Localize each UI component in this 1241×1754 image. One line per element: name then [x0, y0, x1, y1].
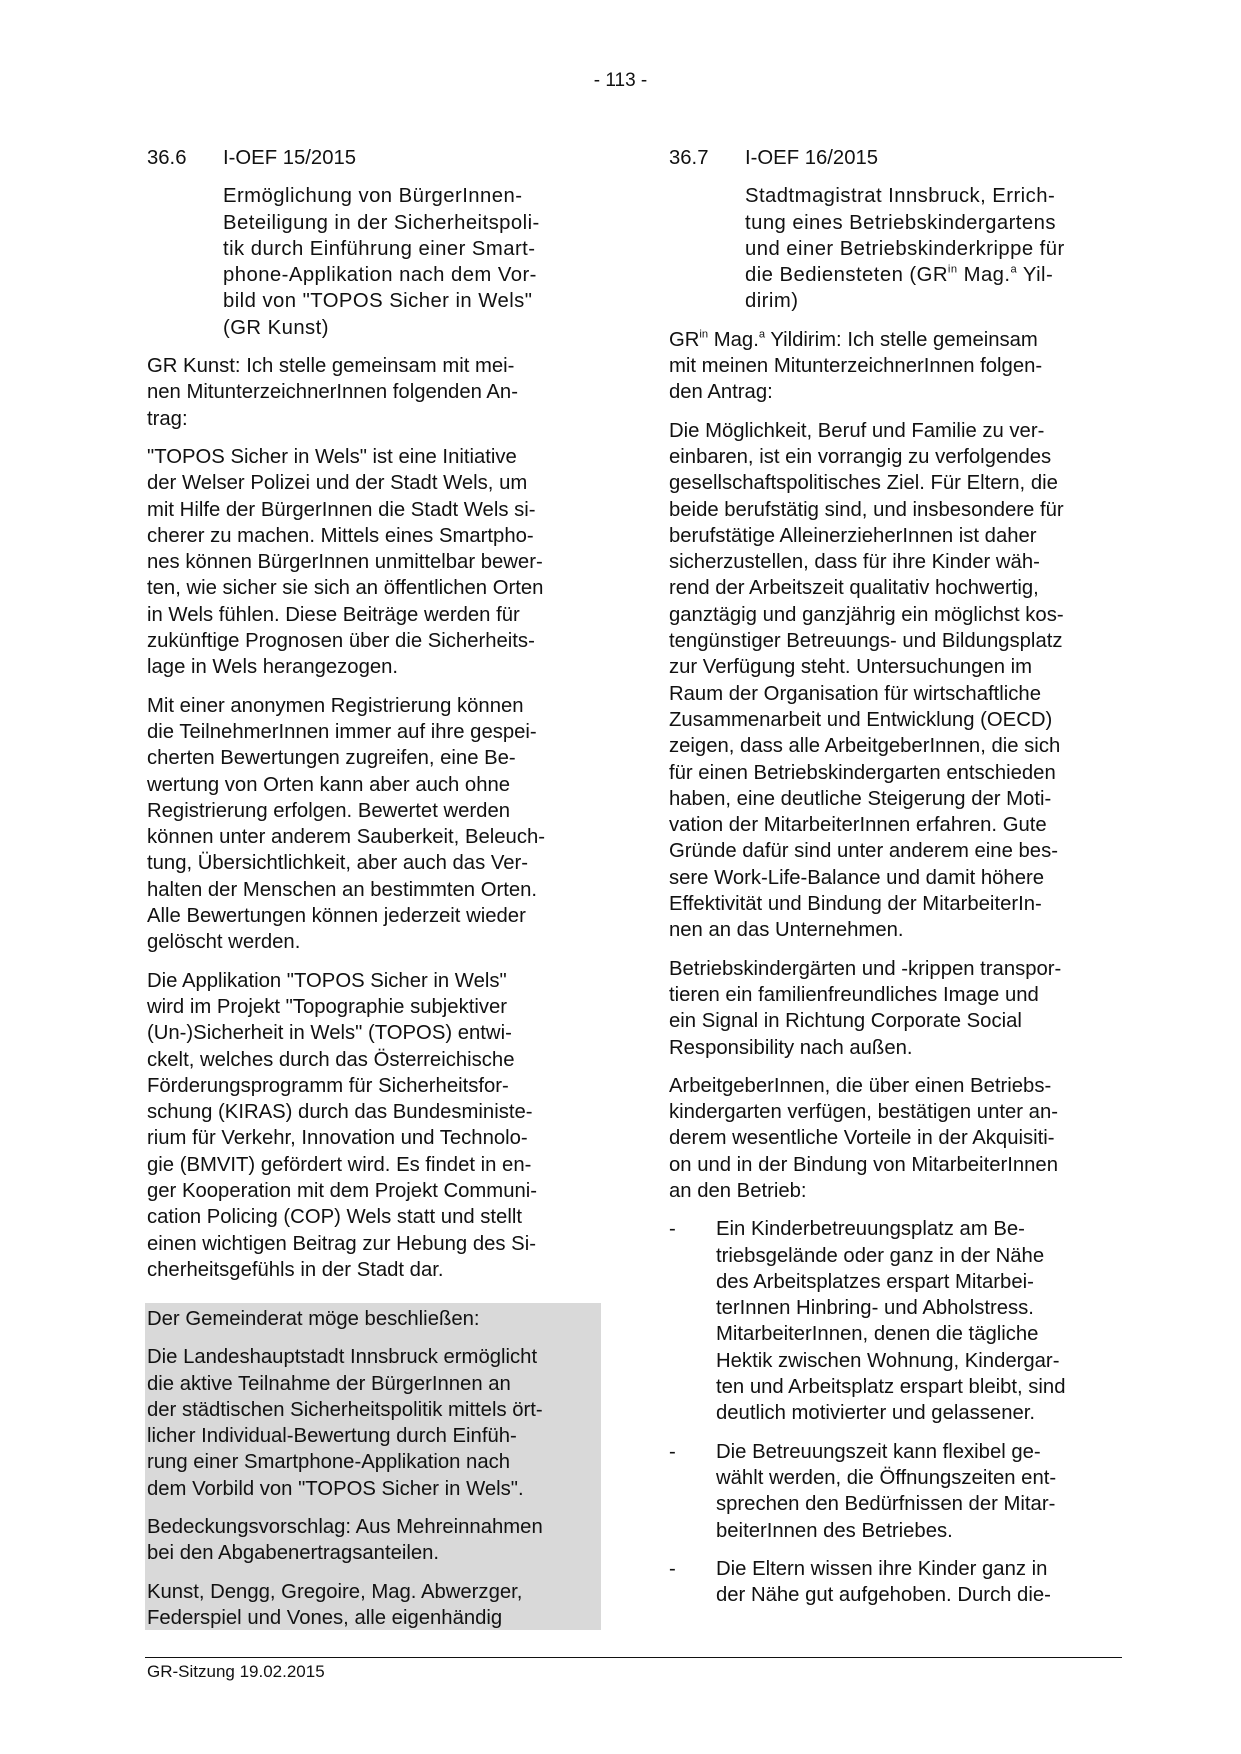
text-line: berufstätige AlleinerzieherInnen ist dah…	[669, 523, 1139, 549]
text-line: die aktive Teilnahme der BürgerInnen an	[147, 1371, 599, 1397]
text-line: Betriebskindergärten und -krippen transp…	[669, 956, 1139, 982]
text-line: cation Policing (COP) Wels statt und ste…	[147, 1204, 617, 1230]
text-line: ten und Arbeitsplatz erspart bleibt, sin…	[716, 1374, 1066, 1400]
text-line: ein Signal in Richtung Corporate Social	[669, 1008, 1139, 1034]
left-column: 36.6 I-OEF 15/2015 Ermöglichung von Bürg…	[147, 145, 617, 1283]
text-line: halten der Menschen an bestimmten Orten.	[147, 877, 617, 903]
paragraph: Betriebskindergärten und -krippen transp…	[669, 956, 1139, 1061]
bullet-dash: -	[669, 1439, 716, 1544]
text-line: lage in Wels herangezogen.	[147, 654, 617, 680]
text-fragment: Yildirim: Ich stelle gemeinsam	[765, 329, 1038, 351]
text-line: licher Individual-Bewertung durch Einfüh…	[147, 1423, 599, 1449]
text-line: cherer zu machen. Mittels eines Smartpho…	[147, 523, 617, 549]
motion-box: Der Gemeinderat möge beschließen: Die La…	[145, 1303, 601, 1630]
text-line: derem wesentliche Vorteile in der Akquis…	[669, 1125, 1139, 1151]
text-line: Bedeckungsvorschlag: Aus Mehreinnahmen	[147, 1514, 599, 1540]
text-line: ger Kooperation mit dem Projekt Communi-	[147, 1178, 617, 1204]
text-fragment: die Bediensteten (GR	[745, 264, 948, 286]
signatories: Kunst, Dengg, Gregoire, Mag. Abwerzger, …	[147, 1579, 599, 1632]
paragraph: Mit einer anonymen Registrierung können …	[147, 693, 617, 956]
text-line: kindergarten verfügen, bestätigen unter …	[669, 1099, 1139, 1125]
section-reference: I-OEF 16/2015	[745, 145, 878, 171]
title-line: Ermöglichung von BürgerInnen-	[223, 183, 617, 209]
title-line: tik durch Einführung einer Smart-	[223, 236, 617, 262]
text-line: Ein Kinderbetreuungsplatz am Be-	[716, 1216, 1066, 1242]
section-title: Ermöglichung von BürgerInnen- Beteiligun…	[223, 183, 617, 341]
text-line: sere Work-Life-Balance und damit höhere	[669, 865, 1139, 891]
text-line: nen an das Unternehmen.	[669, 917, 1139, 943]
footer-divider	[145, 1657, 1122, 1658]
text-line: des Arbeitsplatzes erspart Mitarbei-	[716, 1269, 1066, 1295]
text-line: Die Möglichkeit, Beruf und Familie zu ve…	[669, 418, 1139, 444]
text-line: zur Verfügung steht. Untersuchungen im	[669, 654, 1139, 680]
paragraph: GRin Mag.a Yildirim: Ich stelle gemeinsa…	[669, 327, 1139, 406]
section-title: Stadtmagistrat Innsbruck, Errich- tung e…	[745, 183, 1139, 314]
text-line: Zusammenarbeit und Entwicklung (OECD)	[669, 707, 1139, 733]
text-line: ganztägig und ganzjährig ein möglichst k…	[669, 602, 1139, 628]
page-number: - 113 -	[0, 70, 1241, 92]
text-line: cherheitsgefühls in der Stadt dar.	[147, 1257, 617, 1283]
bullet-dash: -	[669, 1216, 716, 1426]
text-line: die TeilnehmerInnen immer auf ihre gespe…	[147, 719, 617, 745]
text-line: gelöscht werden.	[147, 929, 617, 955]
text-line: Die Eltern wissen ihre Kinder ganz in	[716, 1556, 1051, 1582]
text-line: vation der MitarbeiterInnen erfahren. Gu…	[669, 812, 1139, 838]
paragraph: Die Möglichkeit, Beruf und Familie zu ve…	[669, 418, 1139, 944]
text-line: terInnen Hinbring- und Abholstress.	[716, 1295, 1066, 1321]
text-line: trag:	[147, 406, 617, 432]
text-line: ArbeitgeberInnen, die über einen Betrieb…	[669, 1073, 1139, 1099]
text-line: gie (BMVIT) gefördert wird. Es findet in…	[147, 1152, 617, 1178]
paragraph: GR Kunst: Ich stelle gemeinsam mit mei- …	[147, 353, 617, 432]
text-fragment: Yil-	[1017, 264, 1053, 286]
title-line: Stadtmagistrat Innsbruck, Errich-	[745, 183, 1139, 209]
text-line: tung, Übersichtlichkeit, aber auch das V…	[147, 850, 617, 876]
section-number: 36.7	[669, 145, 745, 171]
text-line: Raum der Organisation für wirtschaftlich…	[669, 681, 1139, 707]
text-line: der Nähe gut aufgehoben. Durch die-	[716, 1582, 1051, 1608]
text-line: Federspiel und Vones, alle eigenhändig	[147, 1605, 599, 1631]
text-line: on und in der Bindung von MitarbeiterInn…	[669, 1152, 1139, 1178]
list-item: - Die Eltern wissen ihre Kinder ganz in …	[669, 1556, 1139, 1609]
list-item: - Die Betreuungszeit kann flexibel ge- w…	[669, 1439, 1139, 1544]
paragraph: ArbeitgeberInnen, die über einen Betrieb…	[669, 1073, 1139, 1204]
text-line: bei den Abgabenertragsanteilen.	[147, 1540, 599, 1566]
text-line: für einen Betriebskindergarten entschied…	[669, 760, 1139, 786]
text-line: Die Betreuungszeit kann flexibel ge-	[716, 1439, 1056, 1465]
text-line: Alle Bewertungen können jederzeit wieder	[147, 903, 617, 929]
text-line: tengünstiger Betreuungs- und Bildungspla…	[669, 628, 1139, 654]
text-fragment: Mag.	[708, 329, 759, 351]
motion-heading: Der Gemeinderat möge beschließen:	[147, 1306, 599, 1332]
footer-text: GR-Sitzung 19.02.2015	[147, 1662, 325, 1682]
text-line: nes können BürgerInnen unmittelbar bewer…	[147, 549, 617, 575]
text-line: haben, eine deutliche Steigerung der Mot…	[669, 786, 1139, 812]
text-line: "TOPOS Sicher in Wels" ist eine Initiati…	[147, 444, 617, 470]
text-line: einen wichtigen Beitrag zur Hebung des S…	[147, 1231, 617, 1257]
text-line: beiterInnen des Betriebes.	[716, 1518, 1056, 1544]
text-line: wertung von Orten kann aber auch ohne	[147, 772, 617, 798]
title-line: die Bediensteten (GRin Mag.a Yil-	[745, 262, 1139, 288]
text-line: tieren ein familienfreundliches Image un…	[669, 982, 1139, 1008]
text-line: der städtischen Sicherheitspolitik mitte…	[147, 1397, 599, 1423]
text-line: beide berufstätig sind, und insbesondere…	[669, 497, 1139, 523]
text-line: können unter anderem Sauberkeit, Beleuch…	[147, 824, 617, 850]
title-line: Beteiligung in der Sicherheitspoli-	[223, 210, 617, 236]
text-line: (Un-)Sicherheit in Wels" (TOPOS) entwi-	[147, 1020, 617, 1046]
superscript: in	[699, 328, 708, 340]
text-line: ckelt, welches durch das Österreichische	[147, 1047, 617, 1073]
text-line: Hektik zwischen Wohnung, Kindergar-	[716, 1348, 1066, 1374]
text-line: den Antrag:	[669, 379, 1139, 405]
paragraph: Die Applikation "TOPOS Sicher in Wels" w…	[147, 968, 617, 1284]
right-column: 36.7 I-OEF 16/2015 Stadtmagistrat Innsbr…	[669, 145, 1139, 1608]
text-line: Responsibility nach außen.	[669, 1035, 1139, 1061]
text-fragment: Mag.	[958, 264, 1011, 286]
paragraph: "TOPOS Sicher in Wels" ist eine Initiati…	[147, 444, 617, 681]
text-line: deutlich motivierter und gelassener.	[716, 1400, 1066, 1426]
text-line: der Welser Polizei und der Stadt Wels, u…	[147, 470, 617, 496]
title-line: (GR Kunst)	[223, 315, 617, 341]
text-line: gesellschaftspolitisches Ziel. Für Elter…	[669, 470, 1139, 496]
text-line: mit meinen MitunterzeichnerInnen folgen-	[669, 353, 1139, 379]
text-line: Effektivität und Bindung der Mitarbeiter…	[669, 891, 1139, 917]
text-line: rium für Verkehr, Innovation und Technol…	[147, 1125, 617, 1151]
title-line: phone-Applikation nach dem Vor-	[223, 262, 617, 288]
text-line: Die Applikation "TOPOS Sicher in Wels"	[147, 968, 617, 994]
title-line: bild von "TOPOS Sicher in Wels"	[223, 288, 617, 314]
text-line: wird im Projekt "Topographie subjektiver	[147, 994, 617, 1020]
text-line: zeigen, dass alle ArbeitgeberInnen, die …	[669, 733, 1139, 759]
text-line: Förderungsprogramm für Sicherheitsfor-	[147, 1073, 617, 1099]
text-line: rung einer Smartphone-Applikation nach	[147, 1449, 599, 1475]
text-line: triebsgelände oder ganz in der Nähe	[716, 1243, 1066, 1269]
text-line: an den Betrieb:	[669, 1178, 1139, 1204]
text-line: Registrierung erfolgen. Bewertet werden	[147, 798, 617, 824]
section-reference: I-OEF 15/2015	[223, 145, 356, 171]
bullet-dash: -	[669, 1556, 716, 1609]
text-line: rend der Arbeitszeit qualitativ hochwert…	[669, 575, 1139, 601]
text-line: sicherzustellen, dass für ihre Kinder wä…	[669, 549, 1139, 575]
text-line: Kunst, Dengg, Gregoire, Mag. Abwerzger,	[147, 1579, 599, 1605]
text-line: in Wels fühlen. Diese Beiträge werden fü…	[147, 602, 617, 628]
superscript: in	[948, 264, 958, 276]
text-line: nen MitunterzeichnerInnen folgenden An-	[147, 379, 617, 405]
text-line: GR Kunst: Ich stelle gemeinsam mit mei-	[147, 353, 617, 379]
text-line: Gründe dafür sind unter anderem eine bes…	[669, 838, 1139, 864]
text-line: cherten Bewertungen zugreifen, eine Be-	[147, 745, 617, 771]
text-line: MitarbeiterInnen, denen die tägliche	[716, 1321, 1066, 1347]
list-item: - Ein Kinderbetreuungsplatz am Be- trieb…	[669, 1216, 1139, 1426]
text-line: GRin Mag.a Yildirim: Ich stelle gemeinsa…	[669, 327, 1139, 353]
text-fragment: GR	[669, 329, 699, 351]
text-line: wählt werden, die Öffnungszeiten ent-	[716, 1465, 1056, 1491]
text-line: mit Hilfe der BürgerInnen die Stadt Wels…	[147, 497, 617, 523]
title-line: und einer Betriebskinderkrippe für	[745, 236, 1139, 262]
text-line: dem Vorbild von "TOPOS Sicher in Wels".	[147, 1476, 599, 1502]
text-line: Der Gemeinderat möge beschließen:	[147, 1306, 599, 1332]
text-line: Mit einer anonymen Registrierung können	[147, 693, 617, 719]
title-line: tung eines Betriebskindergartens	[745, 210, 1139, 236]
motion-text: Die Landeshauptstadt Innsbruck ermöglich…	[147, 1344, 599, 1502]
text-line: zukünftige Prognosen über die Sicherheit…	[147, 628, 617, 654]
section-number: 36.6	[147, 145, 223, 171]
text-line: schung (KIRAS) durch das Bundesministe-	[147, 1099, 617, 1125]
funding-proposal: Bedeckungsvorschlag: Aus Mehreinnahmen b…	[147, 1514, 599, 1567]
text-line: einbaren, ist ein vorrangig zu verfolgen…	[669, 444, 1139, 470]
text-line: sprechen den Bedürfnissen der Mitar-	[716, 1491, 1056, 1517]
section-heading: 36.6 I-OEF 15/2015	[147, 145, 617, 171]
text-line: Die Landeshauptstadt Innsbruck ermöglich…	[147, 1344, 599, 1370]
title-line: dirim)	[745, 288, 1139, 314]
section-heading: 36.7 I-OEF 16/2015	[669, 145, 1139, 171]
text-line: ten, wie sicher sie sich an öffentlichen…	[147, 575, 617, 601]
